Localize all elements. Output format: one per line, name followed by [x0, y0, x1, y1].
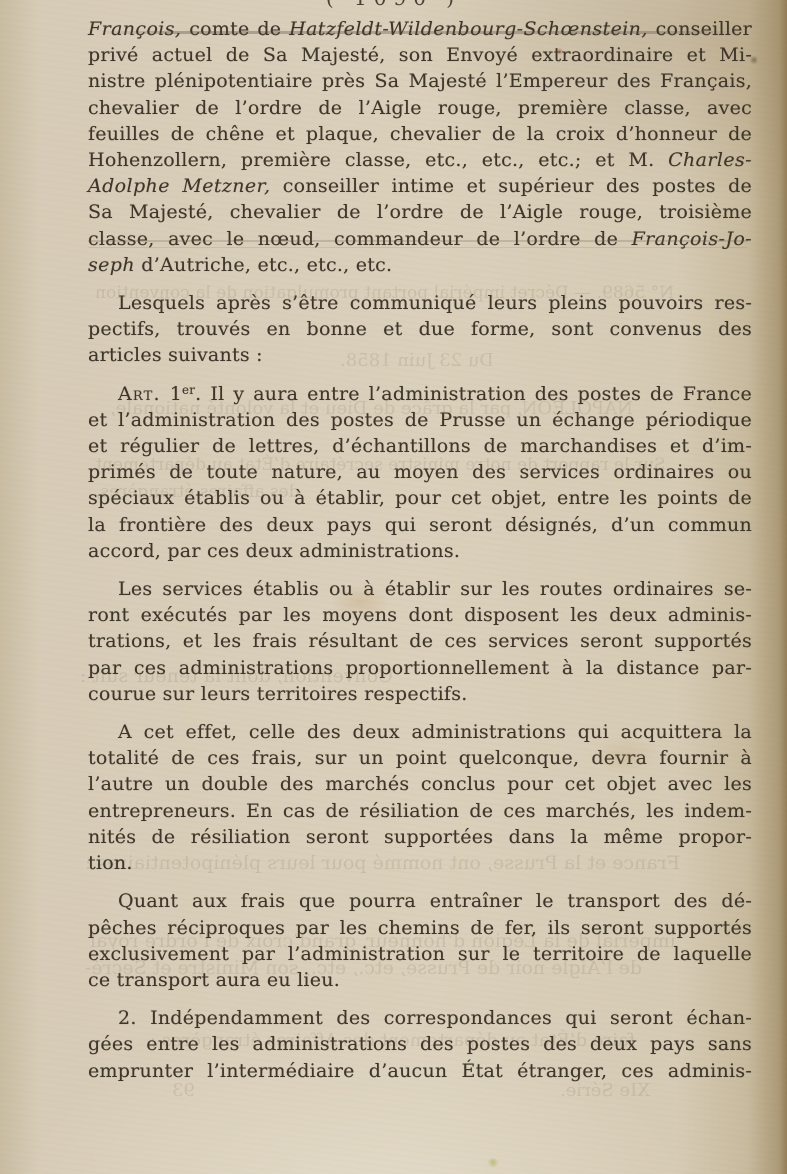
- text-line: chevalier de l’ordre de l’Aigle rouge, p…: [88, 95, 752, 121]
- text-line: entrepreneurs. En cas de résiliation de …: [88, 798, 752, 824]
- text-line: Adolphe Metzner, conseiller intime et su…: [88, 173, 752, 199]
- text-line: et l’administration des postes de Prusse…: [88, 407, 752, 433]
- text-line: A cet effet, celle des deux administrati…: [88, 719, 752, 745]
- text-line: totalité de ces frais, sur un point quel…: [88, 745, 752, 771]
- text-line: spéciaux établis ou à établir, pour cet …: [88, 485, 752, 511]
- text-line: accord, par ces deux administrations.: [88, 538, 752, 564]
- paper-stain: [487, 1158, 499, 1167]
- text-line: Sa Majesté, chevalier de l’ordre de l’Ai…: [88, 199, 752, 225]
- text-line: Lesquels après s’être communiqué leurs p…: [88, 290, 752, 316]
- text-line: l’autre un double des marchés conclus po…: [88, 771, 752, 797]
- text-line: 2. Indépendamment des correspondances qu…: [88, 1005, 752, 1031]
- paragraph: Quant aux frais que pourra entraîner le …: [88, 888, 752, 993]
- text-line: Les services établis ou à établir sur le…: [88, 576, 752, 602]
- text-line: pêches réciproques par les chemins de fe…: [88, 915, 752, 941]
- text-line: nistre plénipotentiaire près Sa Majesté …: [88, 68, 752, 94]
- paragraph: Les services établis ou à établir sur le…: [88, 576, 752, 707]
- text-line: exclusivement par l’administration sur l…: [88, 941, 752, 967]
- paragraph: A cet effet, celle des deux administrati…: [88, 719, 752, 876]
- text-line: ront exécutés par les moyens dont dispos…: [88, 602, 752, 628]
- text-line: privé actuel de Sa Majesté, son Envoyé e…: [88, 42, 752, 68]
- text-line: par ces administrations proportionnellem…: [88, 655, 752, 681]
- paragraph: François, comte de Hatzfeldt-Wildenbourg…: [88, 16, 752, 278]
- text-line: classe, avec le nœud, commandeur de l’or…: [88, 226, 752, 252]
- text-line: et régulier de lettres, d’échantillons d…: [88, 433, 752, 459]
- text-line: la frontière des deux pays qui seront dé…: [88, 512, 752, 538]
- page-number-header: ( 1090 ): [0, 0, 787, 10]
- text-line: Art. 1er. Il y aura entre l’administrati…: [88, 381, 752, 407]
- document-page: ( 1090 ) N° 5689. — Décret impérial port…: [0, 0, 787, 1174]
- text-line: gées entre les administrations des poste…: [88, 1031, 752, 1057]
- text-line: Quant aux frais que pourra entraîner le …: [88, 888, 752, 914]
- text-line: emprunter l’intermédiaire d’aucun État é…: [88, 1058, 752, 1084]
- text-line: tion.: [88, 850, 752, 876]
- text-line: nités de résiliation seront supportées d…: [88, 824, 752, 850]
- text-line: primés de toute nature, au moyen des ser…: [88, 459, 752, 485]
- text-line: trations, et les frais résultant de ces …: [88, 628, 752, 654]
- text-line: courue sur leurs territoires respectifs.: [88, 681, 752, 707]
- text-line: seph d’Autriche, etc., etc., etc.: [88, 252, 752, 278]
- text-block: François, comte de Hatzfeldt-Wildenbourg…: [88, 16, 752, 1096]
- text-line: feuilles de chêne et plaque, chevalier d…: [88, 121, 752, 147]
- paragraph: Art. 1er. Il y aura entre l’administrati…: [88, 381, 752, 564]
- text-line: François, comte de Hatzfeldt-Wildenbourg…: [88, 16, 752, 42]
- text-line: ce transport aura eu lieu.: [88, 967, 752, 993]
- text-line: Hohenzollern, première classe, etc., etc…: [88, 147, 752, 173]
- paragraph: 2. Indépendamment des correspondances qu…: [88, 1005, 752, 1084]
- text-line: pectifs, trouvés en bonne et due forme, …: [88, 316, 752, 342]
- text-line: articles suivants :: [88, 342, 752, 368]
- paragraph: Lesquels après s’être communiqué leurs p…: [88, 290, 752, 369]
